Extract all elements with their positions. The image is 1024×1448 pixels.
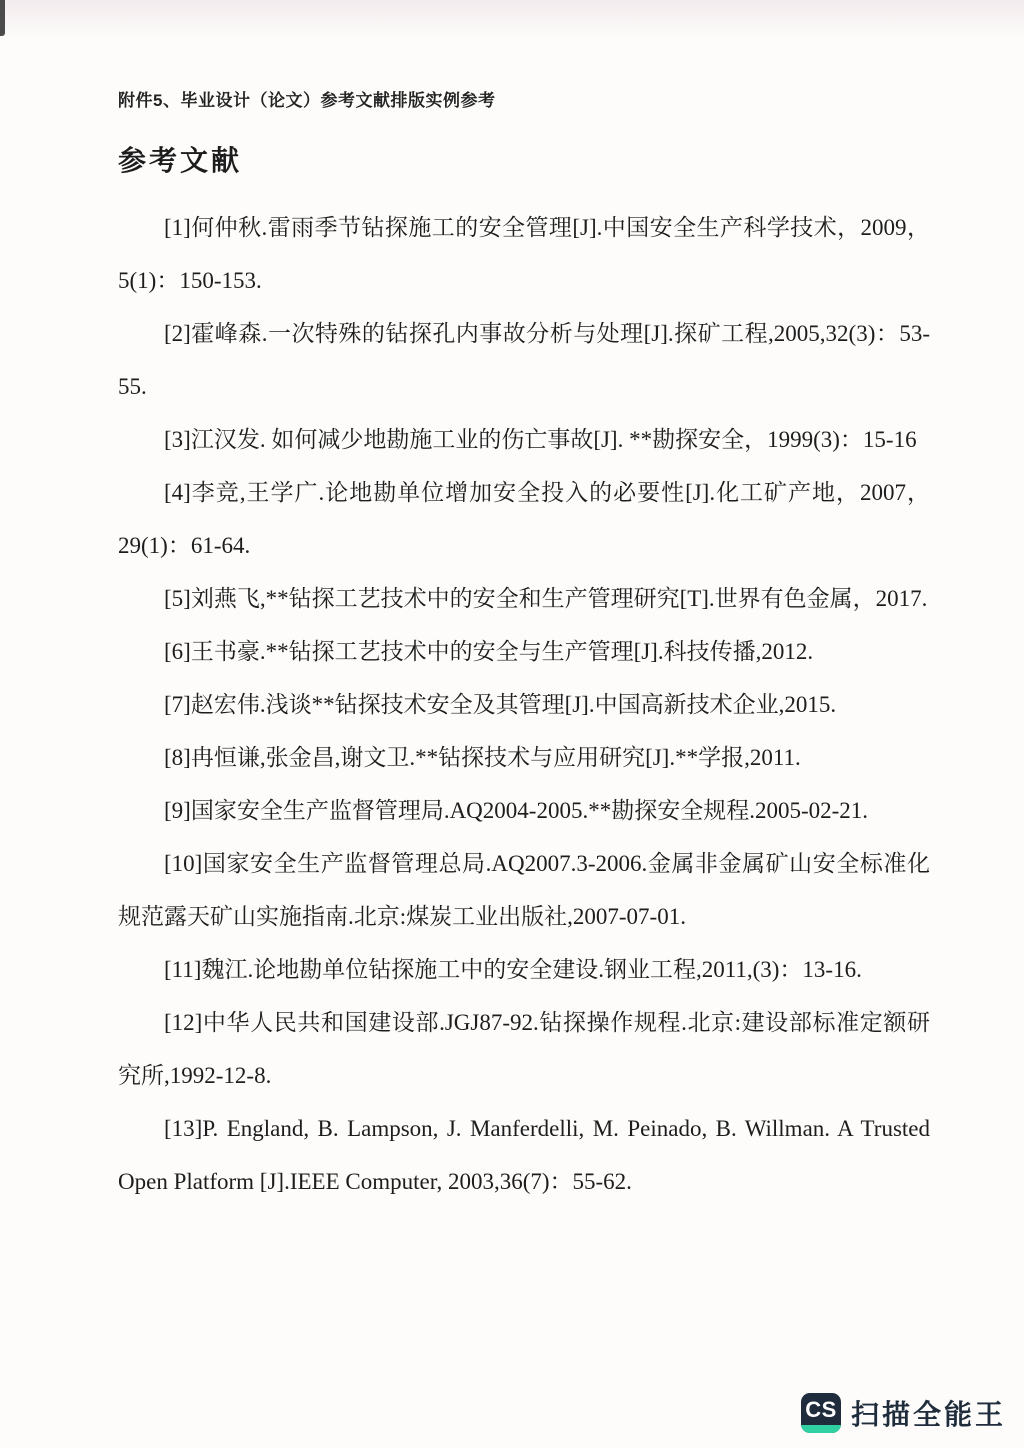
scanned-document-page: 附件5、毕业设计（论文）参考文献排版实例参考 参考文献 [1]何仲秋.雷雨季节钻… bbox=[0, 0, 1024, 1448]
reference-list: [1]何仲秋.雷雨季节钻探施工的安全管理[J].中国安全生产科学技术，2009，… bbox=[118, 201, 930, 1208]
reference-item-4: [4]李竞,王学广.论地勘单位增加安全投入的必要性[J].化工矿产地，2007，… bbox=[118, 466, 930, 572]
reference-item-2: [2]霍峰森.一次特殊的钻探孔内事故分析与处理[J].探矿工程,2005,32(… bbox=[118, 307, 930, 413]
reference-item-7: [7]赵宏伟.浅谈**钻探技术安全及其管理[J].中国高新技术企业,2015. bbox=[118, 678, 930, 731]
camscanner-watermark: CS 扫描全能王 bbox=[801, 1393, 1006, 1433]
scan-noise-band bbox=[0, 0, 1024, 38]
camscanner-app-name: 扫描全能王 bbox=[851, 1393, 1006, 1433]
reference-item-6: [6]王书豪.**钻探工艺技术中的安全与生产管理[J].科技传播,2012. bbox=[118, 625, 930, 678]
camscanner-icon-accent-bar bbox=[801, 1425, 841, 1433]
references-title: 参考文献 bbox=[118, 139, 930, 179]
reference-item-9: [9]国家安全生产监督管理局.AQ2004-2005.**勘探安全规程.2005… bbox=[118, 784, 930, 837]
reference-item-13: [13]P. England, B. Lampson, J. Manferdel… bbox=[118, 1102, 930, 1208]
reference-item-11: [11]魏江.论地勘单位钻探施工中的安全建设.钢业工程,2011,(3)：13-… bbox=[118, 943, 930, 996]
reference-item-5: [5]刘燕飞,**钻探工艺技术中的安全和生产管理研究[T].世界有色金属，201… bbox=[118, 572, 930, 625]
camscanner-icon-letters: CS bbox=[805, 1397, 837, 1423]
reference-item-1: [1]何仲秋.雷雨季节钻探施工的安全管理[J].中国安全生产科学技术，2009，… bbox=[118, 201, 930, 307]
attachment-note: 附件5、毕业设计（论文）参考文献排版实例参考 bbox=[118, 86, 930, 111]
reference-item-12: [12]中华人民共和国建设部.JGJ87-92.钻探操作规程.北京:建设部标准定… bbox=[118, 996, 930, 1102]
scan-edge-artifact bbox=[0, 0, 5, 36]
reference-item-8: [8]冉恒谦,张金昌,谢文卫.**钻探技术与应用研究[J].**学报,2011. bbox=[118, 731, 930, 784]
camscanner-icon: CS bbox=[801, 1393, 841, 1433]
reference-item-3: [3]江汉发. 如何减少地勘施工业的伤亡事故[J]. **勘探安全，1999(3… bbox=[118, 413, 930, 466]
reference-item-10: [10]国家安全生产监督管理总局.AQ2007.3-2006.金属非金属矿山安全… bbox=[118, 837, 930, 943]
document-content: 附件5、毕业设计（论文）参考文献排版实例参考 参考文献 [1]何仲秋.雷雨季节钻… bbox=[118, 86, 930, 1208]
